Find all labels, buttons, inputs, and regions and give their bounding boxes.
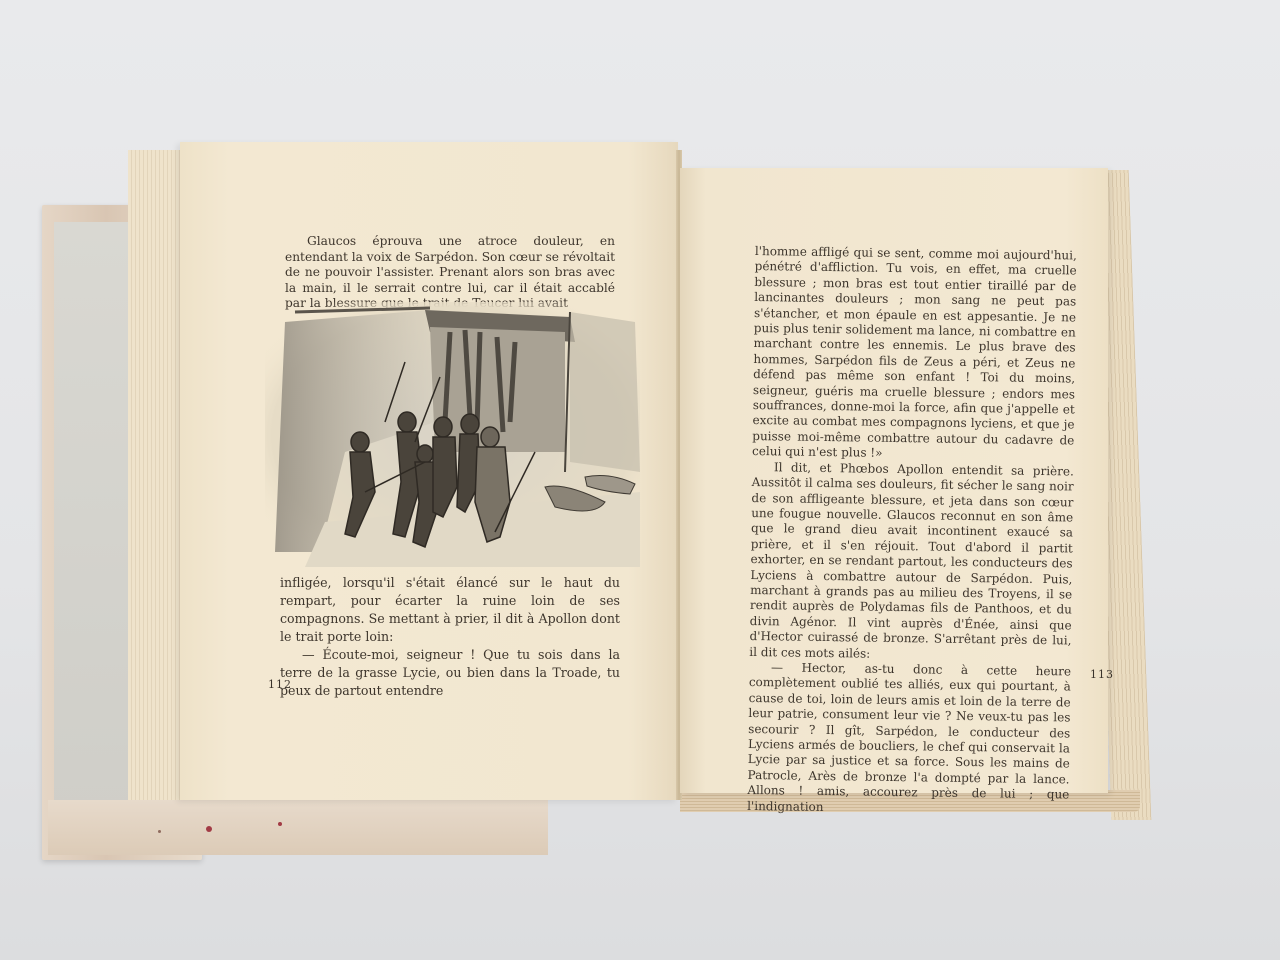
- paragraph-text: l'homme affligé qui se sent, comme moi a…: [752, 244, 1077, 464]
- left-page: Glaucos éprouva une atroce douleur, en e…: [180, 142, 678, 800]
- paragraph-text: Il dit, et Phœbos Apollon entendit sa pr…: [749, 460, 1074, 665]
- paragraph-text: infligée, lorsqu'il s'était élancé sur l…: [280, 574, 620, 646]
- marbled-cover-bottom-edge: [48, 800, 548, 855]
- page-number-left: 112: [268, 678, 292, 691]
- right-page: l'homme affligé qui se sent, comme moi a…: [680, 168, 1108, 793]
- left-top-paragraph: Glaucos éprouva une atroce douleur, en e…: [285, 234, 615, 312]
- paragraph-text: — Écoute-moi, seigneur ! Que tu sois dan…: [280, 646, 620, 700]
- paragraph-text: — Hector, as-tu donc à cette heure compl…: [747, 660, 1071, 819]
- page-number-right: 113: [1090, 668, 1114, 681]
- charcoal-drawing: [265, 302, 640, 567]
- paragraph-text: Glaucos éprouva une atroce douleur, en e…: [285, 234, 615, 312]
- right-paragraphs: l'homme affligé qui se sent, comme moi a…: [747, 244, 1077, 818]
- left-page-stack: [128, 150, 188, 800]
- left-bottom-paragraphs: infligée, lorsqu'il s'était élancé sur l…: [280, 574, 620, 700]
- warriors-illustration: [265, 302, 640, 567]
- photo-scene: Glaucos éprouva une atroce douleur, en e…: [0, 0, 1280, 960]
